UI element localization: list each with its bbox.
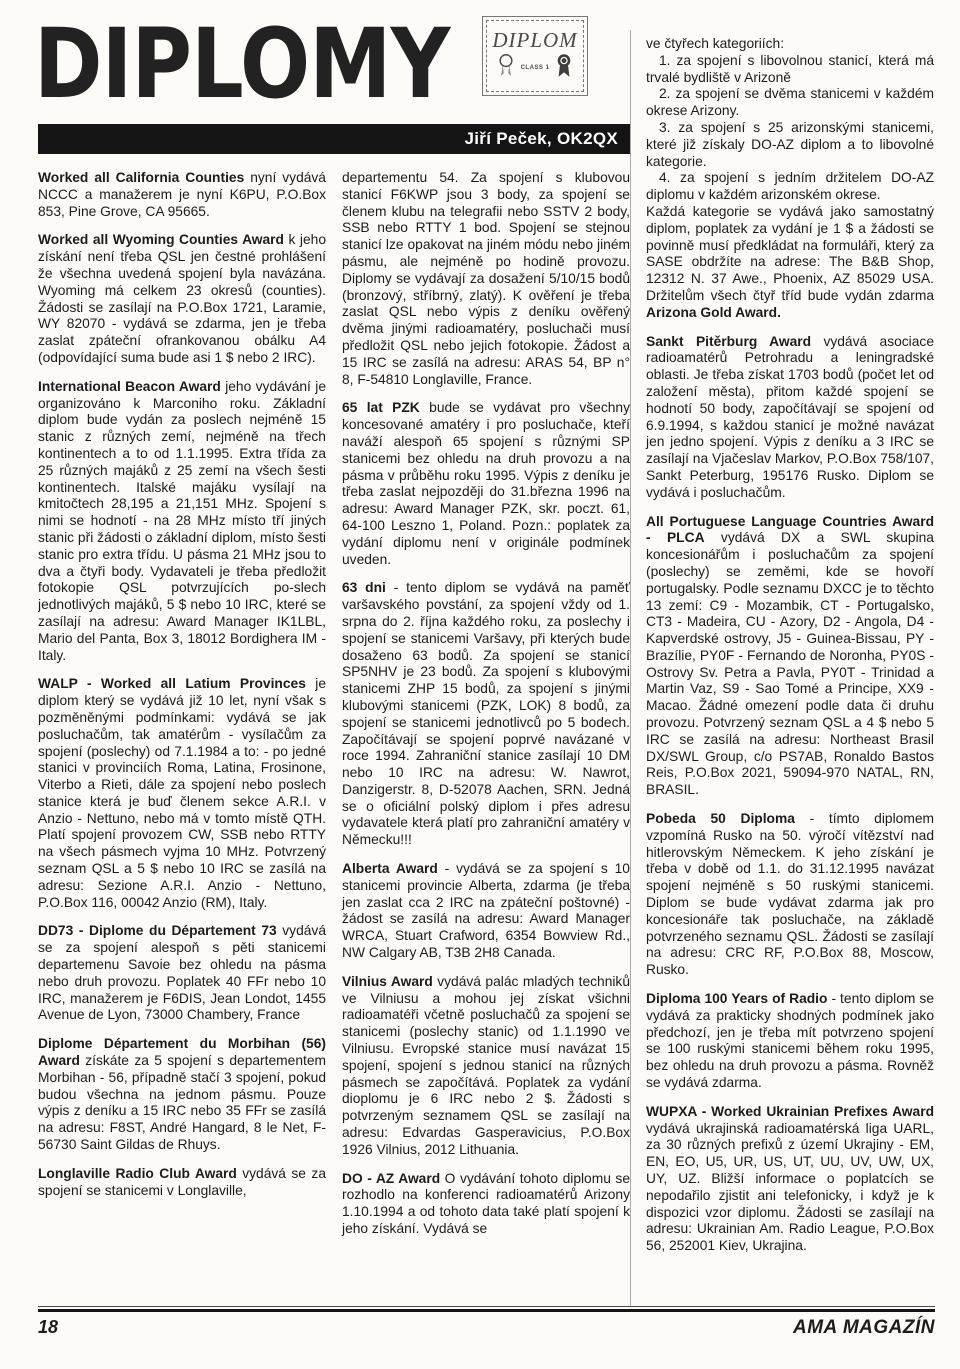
stamp-label: DIPLOM xyxy=(492,30,577,51)
page-number: 18 xyxy=(38,1317,58,1338)
paragraph: WALP - Worked all Latium Provinces je di… xyxy=(38,676,326,911)
column-2: departementu 54. Za spojení s klubovou s… xyxy=(342,36,630,1308)
stamp-class-label: CLASS 1 xyxy=(521,65,550,71)
paragraph: DD73 - Diplome du Département 73 vydává … xyxy=(38,923,326,1024)
paragraph: DO - AZ Award O vydávání tohoto diplomu … xyxy=(342,1171,630,1238)
page-footer: 18 AMA MAGAZÍN xyxy=(38,1306,935,1339)
footer-rule xyxy=(38,1306,935,1307)
diplom-stamp-logo: DIPLOM CLASS 1 xyxy=(482,16,588,96)
paragraph: departementu 54. Za spojení s klubovou s… xyxy=(342,170,630,388)
paragraph: Každá kategorie se vydává jako samostatn… xyxy=(646,204,934,322)
paragraph: Vilnius Award vydává palác mladých techn… xyxy=(342,974,630,1159)
paragraph: Longlaville Radio Club Award vydává se z… xyxy=(38,1166,326,1200)
column-3: ve čtyřech kategoriích:1. za spojení s l… xyxy=(646,36,934,1308)
paragraph: Diplome Département du Morbihan (56) Awa… xyxy=(38,1036,326,1154)
paragraph: ve čtyřech kategoriích: xyxy=(646,36,934,53)
column-divider xyxy=(630,30,631,1306)
paragraph: Worked all Wyoming Counties Award k jeho… xyxy=(38,232,326,366)
column-1: Worked all California Counties nyní vydá… xyxy=(38,36,326,1308)
magazine-page: Worked all California Counties nyní vydá… xyxy=(0,0,960,1369)
article-columns: Worked all California Counties nyní vydá… xyxy=(38,36,935,1308)
paragraph: WUPXA - Worked Ukrainian Prefixes Award … xyxy=(646,1104,934,1255)
paragraph: 2. za spojení se dvěma stanicemi v každé… xyxy=(646,86,934,120)
paragraph: 63 dni - tento diplom se vydává na paměť… xyxy=(342,580,630,849)
footer-rule xyxy=(38,1309,935,1312)
paragraph: 1. za spojení s libovolnou stanicí, kter… xyxy=(646,53,934,87)
paragraph: Worked all California Counties nyní vydá… xyxy=(38,170,326,220)
paragraph: 65 lat PZK bude se vydávat pro všechny k… xyxy=(342,400,630,568)
paragraph: Alberta Award - vydává se za spojení s 1… xyxy=(342,861,630,962)
paragraph: International Beacon Award jeho vydávání… xyxy=(38,379,326,665)
paragraph: Diploma 100 Years of Radio - tento diplo… xyxy=(646,991,934,1092)
paragraph: 3. za spojení s 25 arizonskými stanicemi… xyxy=(646,120,934,170)
medal-ribbon-icon xyxy=(497,53,515,84)
author-name: Jiří Peček, OK2QX xyxy=(465,129,618,149)
paragraph: 4. za spojení s jedním držitelem DO-AZ d… xyxy=(646,170,934,204)
author-bar: Jiří Peček, OK2QX xyxy=(38,124,630,154)
magazine-name: AMA MAGAZÍN xyxy=(793,1317,935,1339)
medal-ribbon-icon xyxy=(555,53,573,84)
page-title: DIPLOMY xyxy=(34,16,450,112)
paragraph: All Portuguese Language Countries Award … xyxy=(646,514,934,800)
paragraph: Pobeda 50 Diploma - tímto diplomem vzpom… xyxy=(646,811,934,979)
paragraph: Sankt Pitěrburg Award vydává asociace ra… xyxy=(646,334,934,502)
